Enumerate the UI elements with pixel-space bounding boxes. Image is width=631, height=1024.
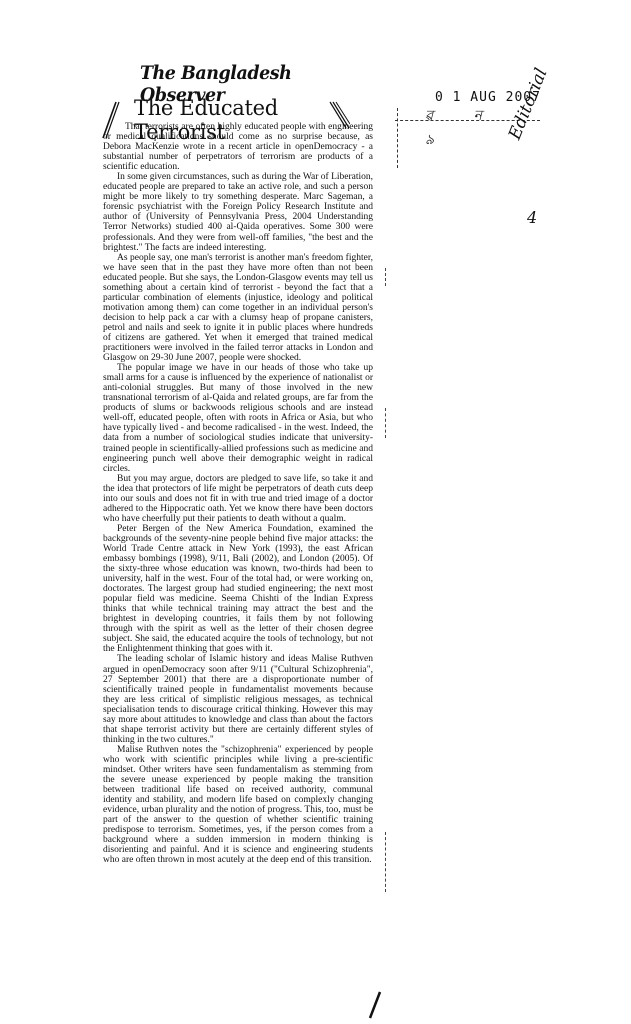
article-paragraph: That terrorists are often highly educate…: [103, 122, 373, 172]
article-paragraph: The popular image we have in our heads o…: [103, 363, 373, 474]
article-paragraph: The leading scholar of Islamic history a…: [103, 654, 373, 744]
margin-mark: [385, 408, 386, 438]
stamp-border: [397, 108, 398, 168]
article-paragraph: In some given circumstances, such as dur…: [103, 172, 373, 252]
article-paragraph: As people say, one man's terrorist is an…: [103, 253, 373, 364]
margin-mark: [385, 832, 386, 892]
handwritten-number: 4: [527, 208, 537, 227]
article-paragraph: Malise Ruthven notes the "schizophrenia"…: [103, 745, 373, 866]
article-paragraph: Peter Bergen of the New America Foundati…: [103, 524, 373, 655]
article-paragraph: But you may argue, doctors are pledged t…: [103, 474, 373, 524]
margin-mark: [385, 268, 386, 286]
article-body: That terrorists are often highly educate…: [103, 122, 373, 865]
pen-stroke-icon: [368, 990, 382, 1020]
